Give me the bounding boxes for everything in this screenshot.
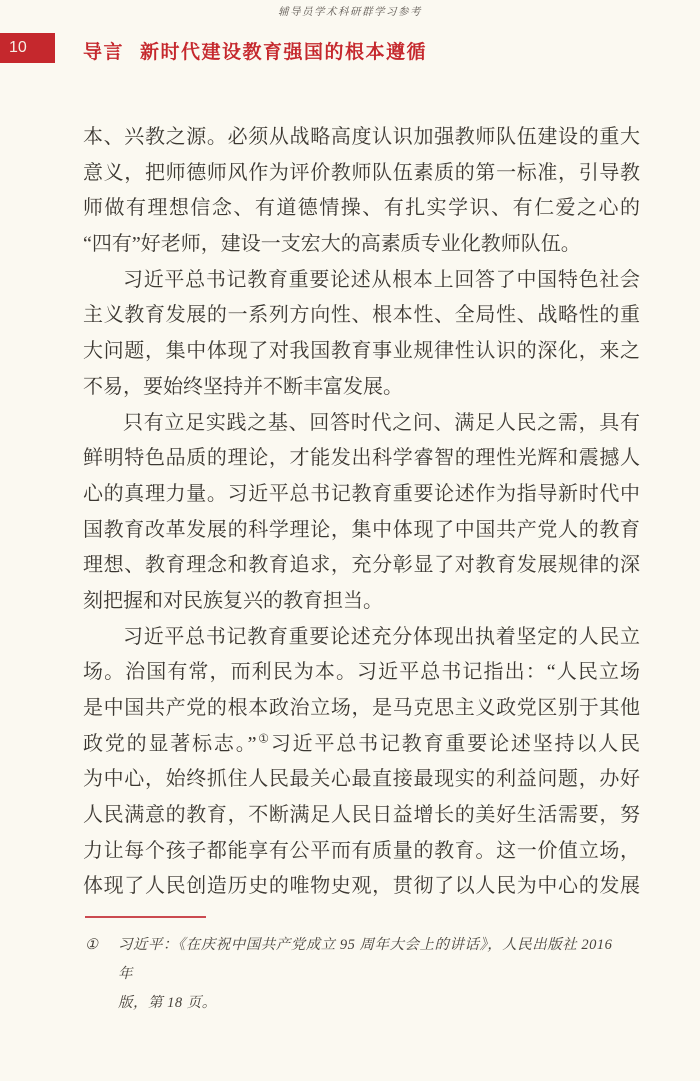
body-line: 习近平总书记教育重要论述充分体现出执着坚定的人民立 [83,620,640,656]
body-line: “四有”好老师，建设一支宏大的高素质专业化教师队伍。 [83,227,640,263]
footnote-text: 习近平：《在庆祝中国共产党成立 95 周年大会上的讲话》，人民出版社 2016 … [118,931,630,1018]
running-head-note: 辅导员学术科研群学习参考 [0,4,700,19]
footnote-line: 版，第 18 页。 [118,989,630,1018]
body-text: 本、兴教之源。必须从战略高度认识加强教师队伍建设的重大意义，把师德师风作为评价教… [83,120,640,905]
body-line: 人民满意的教育，不断满足人民日益增长的美好生活需要，努 [83,798,640,834]
body-line: 为中心，始终抓住人民最关心最直接最现实的利益问题，办好 [83,762,640,798]
body-line: 意义，把师德师风作为评价教师队伍素质的第一标准，引导教 [83,156,640,192]
footnote: ① 习近平：《在庆祝中国共产党成立 95 周年大会上的讲话》，人民出版社 201… [85,931,630,1018]
body-line: 不易，要始终坚持并不断丰富发展。 [83,370,640,406]
body-line: 只有立足实践之基、回答时代之问、满足人民之需，具有 [83,406,640,442]
footnote-reference-mark: ① [256,731,270,745]
body-line: 是中国共产党的根本政治立场，是马克思主义政党区别于其他 [83,691,640,727]
body-line: 场。治国有常，而利民为本。习近平总书记指出：“人民立场 [83,655,640,691]
body-line: 体现了人民创造历史的唯物史观，贯彻了以人民为中心的发展 [83,869,640,905]
footnote-line: 习近平：《在庆祝中国共产党成立 95 周年大会上的讲话》，人民出版社 2016 … [118,931,630,989]
body-line: 理想、教育理念和教育追求，充分彰显了对教育发展规律的深 [83,548,640,584]
body-line: 力让每个孩子都能享有公平而有质量的教育。这一价值立场， [83,834,640,870]
body-line: 刻把握和对民族复兴的教育担当。 [83,584,640,620]
body-line: 本、兴教之源。必须从战略高度认识加强教师队伍建设的重大 [83,120,640,156]
body-line: 主义教育发展的一系列方向性、根本性、全局性、战略性的重 [83,298,640,334]
chapter-label: 导言 [83,42,124,63]
footnote-divider [85,916,206,918]
page-number-badge: 10 [0,33,55,63]
body-line: 心的真理力量。习近平总书记教育重要论述作为指导新时代中 [83,477,640,513]
chapter-title: 新时代建设教育强国的根本遵循 [140,42,427,63]
body-line: 鲜明特色品质的理论，才能发出科学睿智的理性光辉和震撼人 [83,441,640,477]
book-page: 辅导员学术科研群学习参考 10 导言新时代建设教育强国的根本遵循 本、兴教之源。… [0,0,700,1081]
body-line: 习近平总书记教育重要论述从根本上回答了中国特色社会 [83,263,640,299]
body-line: 国教育改革发展的科学理论，集中体现了中国共产党人的教育 [83,513,640,549]
footnote-marker: ① [85,931,118,1018]
body-line: 师做有理想信念、有道德情操、有扎实学识、有仁爱之心的 [83,191,640,227]
chapter-header: 导言新时代建设教育强国的根本遵循 [83,37,427,64]
body-line: 政党的显著标志。”①习近平总书记教育重要论述坚持以人民 [83,727,640,763]
body-line: 大问题，集中体现了对我国教育事业规律性认识的深化，来之 [83,334,640,370]
